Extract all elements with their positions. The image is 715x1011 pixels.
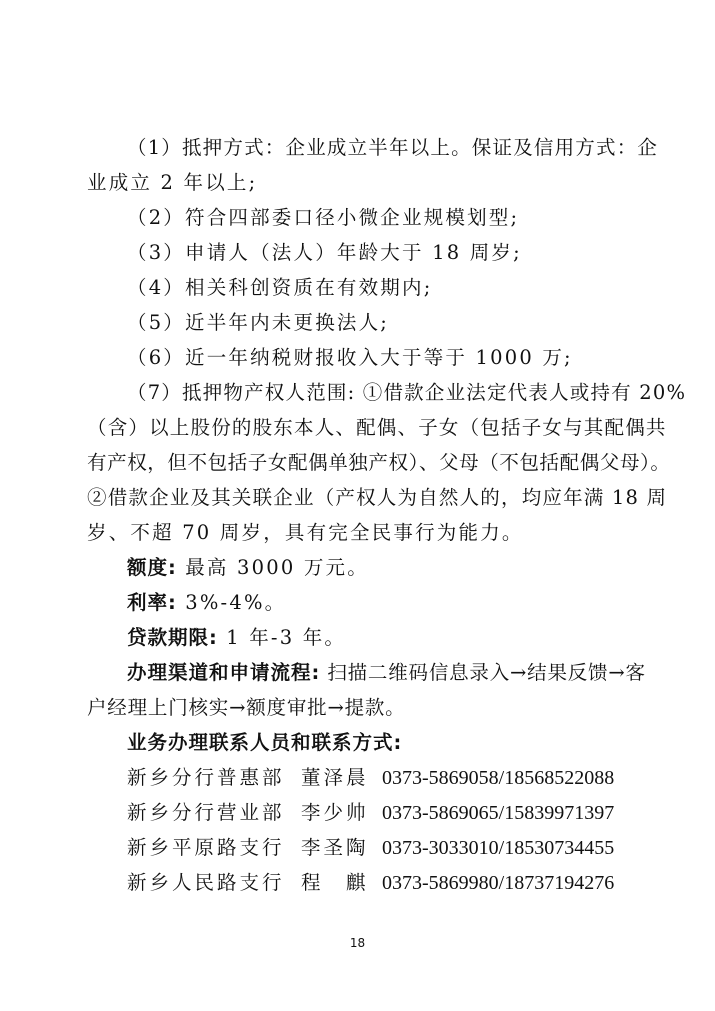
term-value: 1 年-3 年。	[226, 626, 346, 649]
requirement-1-line-2: 业成立 2 年以上;	[87, 171, 632, 195]
contact-dept: 新乡平原路支行	[127, 836, 285, 860]
requirement-5: （5）近半年内未更换法人;	[127, 311, 672, 335]
document-page: （1）抵押方式：企业成立半年以上。保证及信用方式：企 业成立 2 年以上; （2…	[0, 0, 715, 1011]
process-value-line-2: 户经理上门核实→额度审批→提款。	[87, 696, 632, 720]
process-row: 办理渠道和申请流程: 扫描二维码信息录入→结果反馈→客	[127, 661, 672, 685]
requirement-7-line-3: 有产权，但不包括子女配偶单独产权）、父母（不包括配偶父母）。	[87, 451, 632, 475]
contact-dept: 新乡分行普惠部	[127, 766, 285, 790]
contact-name: 李少帅	[301, 801, 369, 825]
requirement-1-line-1: （1）抵押方式：企业成立半年以上。保证及信用方式：企	[127, 136, 672, 160]
term-row: 贷款期限: 1 年-3 年。	[127, 626, 672, 650]
contact-phone: 0373-5869980/18737194276	[382, 871, 614, 895]
rate-value: 3%-4%。	[185, 591, 286, 614]
contact-name: 程 麒	[301, 871, 369, 895]
rate-label: 利率:	[127, 591, 177, 614]
contact-phone: 0373-5869065/15839971397	[382, 801, 614, 825]
requirement-7-line-1: （7）抵押物产权人范围: ①借款企业法定代表人或持有 20%	[127, 381, 672, 405]
requirement-7-line-4: ②借款企业及其关联企业（产权人为自然人的，均应年满 18 周	[87, 486, 632, 510]
requirement-7-line-2: （含）以上股份的股东本人、配偶、子女（包括子女与其配偶共	[87, 416, 632, 440]
requirement-7-line-5: 岁、不超 70 周岁，具有完全民事行为能力。	[87, 521, 632, 545]
contact-name: 董泽晨	[301, 766, 369, 790]
requirement-3: （3）申请人（法人）年龄大于 18 周岁;	[127, 241, 672, 265]
term-label: 贷款期限:	[127, 626, 218, 649]
requirement-6: （6）近一年纳税财报收入大于等于 1000 万;	[127, 346, 672, 370]
requirement-4: （4）相关科创资质在有效期内;	[127, 276, 672, 300]
quota-label: 额度:	[127, 556, 177, 579]
contact-name: 李圣陶	[301, 836, 369, 860]
contact-phone: 0373-5869058/18568522088	[382, 766, 614, 790]
contact-phone: 0373-3033010/18530734455	[382, 836, 614, 860]
quota-row: 额度: 最高 3000 万元。	[127, 556, 672, 580]
contact-dept: 新乡分行营业部	[127, 801, 285, 825]
page-number: 18	[0, 936, 715, 950]
process-label: 办理渠道和申请流程:	[127, 661, 320, 684]
contacts-heading: 业务办理联系人员和联系方式:	[127, 731, 672, 755]
requirement-2: （2）符合四部委口径小微企业规模划型;	[127, 206, 672, 230]
contact-dept: 新乡人民路支行	[127, 871, 285, 895]
rate-row: 利率: 3%-4%。	[127, 591, 672, 615]
process-value-line-1: 扫描二维码信息录入→结果反馈→客	[327, 661, 645, 684]
quota-value: 最高 3000 万元。	[185, 556, 369, 579]
